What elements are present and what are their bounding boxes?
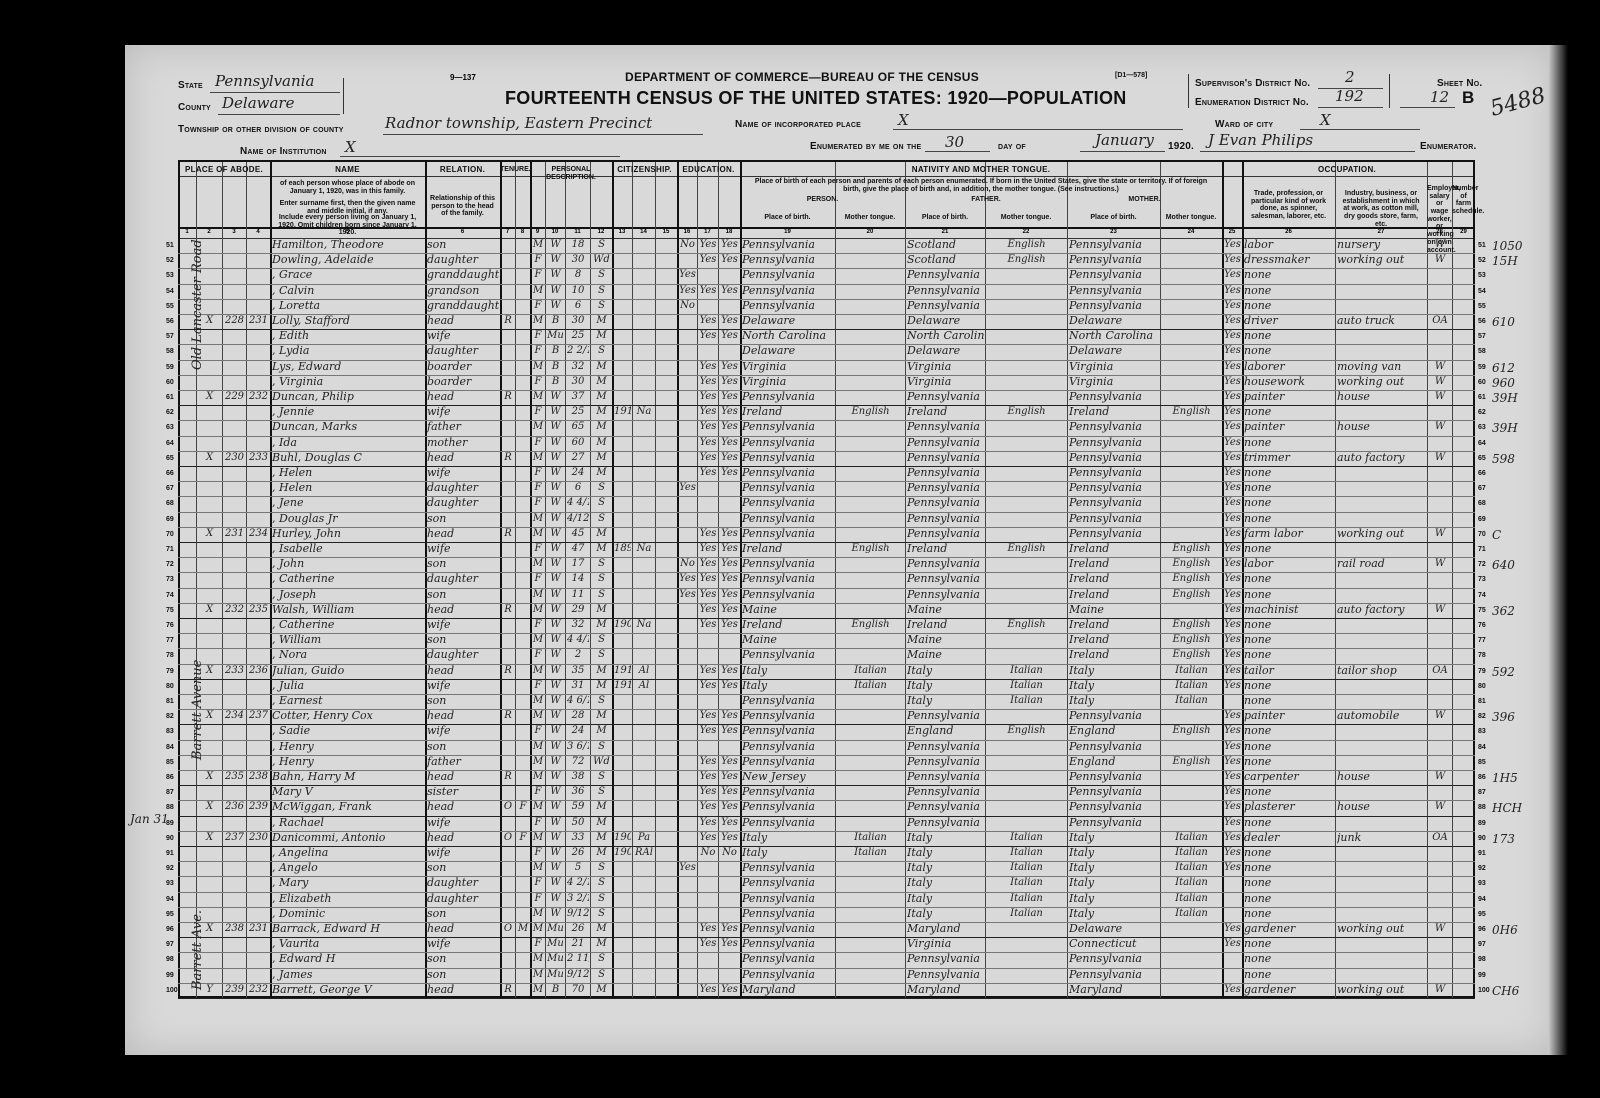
cell-race: W [547, 799, 564, 815]
margin-code: 39H [1492, 420, 1518, 436]
cell-race: W [547, 906, 564, 922]
state-label: State [178, 80, 203, 91]
cell-trade: driver [1244, 313, 1334, 329]
cell-f-pob: Scotland [907, 237, 984, 253]
cell-rel: wife [427, 465, 499, 481]
cell-school: No [679, 556, 696, 572]
cell-f-pob: Maryland [907, 921, 984, 937]
line-number: 63 [1478, 424, 1486, 431]
cell-m-pob: Pennsylvania [1069, 283, 1159, 299]
cell-f-pob: Maine [907, 647, 984, 663]
cell-trade: none [1244, 784, 1334, 800]
column-divider [835, 162, 836, 998]
form-number: 9—137 [450, 73, 476, 82]
cell-pob: Pennsylvania [742, 693, 834, 709]
line-number-left: 79 [166, 668, 174, 675]
cell-nat: Pa [634, 830, 654, 846]
header-farm-schedule: Number of farm schedule. [1452, 185, 1475, 216]
cell-sex: F [532, 465, 544, 481]
line-number: 80 [1478, 683, 1486, 690]
cell-house: 233 [224, 663, 245, 679]
cell-sex: M [532, 313, 544, 329]
cell-write: Yes [720, 404, 739, 420]
cell-race: W [547, 723, 564, 739]
cell-sex: M [532, 237, 544, 253]
line-number: 91 [1478, 850, 1486, 857]
cell-rel: father [427, 419, 499, 435]
cell-f-pob: Virginia [907, 374, 984, 390]
cell-trade: none [1244, 495, 1334, 511]
cell-rel: daughter [427, 647, 499, 663]
cell-rel: head [427, 982, 499, 998]
cell-ms: S [592, 951, 611, 967]
cell-ms: M [592, 450, 611, 466]
cell-age: 24 [567, 723, 589, 739]
cell-eng: Yes [1224, 769, 1241, 785]
cell-eng: Yes [1224, 298, 1241, 314]
cell-sex: F [532, 875, 544, 891]
cell-age: 9/12 [567, 967, 589, 983]
cell-read: Yes [699, 663, 717, 679]
line-number-left: 72 [166, 561, 174, 568]
cell-age: 4/12 [567, 511, 589, 527]
cell-read: Yes [699, 313, 717, 329]
cell-name: Buhl, Douglas C [272, 450, 424, 466]
cell-race: W [547, 602, 564, 618]
cell-read: Yes [699, 526, 717, 542]
margin-code: 0H6 [1492, 922, 1518, 938]
cell-mt: English [837, 404, 904, 420]
cell-eng: Yes [1224, 465, 1241, 481]
cell-age: 21 [567, 936, 589, 952]
cell-name: , James [272, 967, 424, 983]
cell-emp: W [1429, 359, 1451, 375]
cell-trade: none [1244, 298, 1334, 314]
cell-family: 239 [248, 799, 269, 815]
cell-f-mt: English [987, 617, 1066, 633]
cell-eng: Yes [1224, 663, 1241, 679]
cell-pob: Pennsylvania [742, 587, 834, 603]
cell-read: Yes [699, 465, 717, 481]
cell-ms: M [592, 799, 611, 815]
margin-code: 960 [1492, 375, 1515, 391]
cell-trade: none [1244, 860, 1334, 876]
cell-sex: F [532, 495, 544, 511]
cell-trade: none [1244, 283, 1334, 299]
cell-f-pob: Italy [907, 906, 984, 922]
cell-read: Yes [699, 283, 717, 299]
cell-m-pob: Delaware [1069, 313, 1159, 329]
cell-eng: Yes [1224, 495, 1241, 511]
cell-name: Hurley, John [272, 526, 424, 542]
cell-f-pob: Pennsylvania [907, 267, 984, 283]
cell-house: 230 [224, 450, 245, 466]
cell-pob: Pennsylvania [742, 465, 834, 481]
cell-m-pob: Pennsylvania [1069, 419, 1159, 435]
cell-mt: English [837, 617, 904, 633]
cell-street: X [198, 389, 221, 405]
cell-read: Yes [699, 617, 717, 633]
cell-name: Julian, Guido [272, 663, 424, 679]
cell-race: W [547, 663, 564, 679]
cell-trade: labor [1244, 556, 1334, 572]
cell-f-pob: Pennsylvania [907, 465, 984, 481]
margin-code: 610 [1492, 314, 1515, 330]
column-number: 28 [1427, 229, 1452, 235]
column-divider [1427, 162, 1428, 998]
cell-name: , Angelo [272, 860, 424, 876]
cell-f-pob: Ireland [907, 541, 984, 557]
cell-ms: S [592, 267, 611, 283]
cell-race: W [547, 784, 564, 800]
cell-emp: W [1429, 921, 1451, 937]
margin-note: Jan 31 [130, 812, 169, 826]
cell-industry: working out [1337, 374, 1426, 390]
cell-emp: OA [1429, 663, 1451, 679]
cell-industry: moving van [1337, 359, 1426, 375]
cell-eng: Yes [1224, 359, 1241, 375]
cell-rel: son [427, 632, 499, 648]
line-number: 64 [1478, 440, 1486, 447]
cell-name: , Edith [272, 328, 424, 344]
cell-pob: Pennsylvania [742, 921, 834, 937]
cell-industry: auto factory [1337, 450, 1426, 466]
cell-read: Yes [699, 754, 717, 770]
cell-sex: F [532, 571, 544, 587]
cell-eng: Yes [1224, 860, 1241, 876]
cell-eng: Yes [1224, 678, 1241, 694]
cell-age: 33 [567, 830, 589, 846]
cell-rel: head [427, 830, 499, 846]
cell-sex: F [532, 480, 544, 496]
cell-write: Yes [720, 556, 739, 572]
line-number: 51 [1478, 242, 1486, 249]
column-number: 20 [835, 229, 905, 235]
cell-emp: W [1429, 799, 1451, 815]
cell-age: 3 6/12 [567, 739, 589, 755]
cell-race: W [547, 860, 564, 876]
cell-pob: Italy [742, 830, 834, 846]
enumerator-name: J Evan Philips [1208, 131, 1313, 149]
cell-sex: M [532, 450, 544, 466]
paper-edge [1548, 45, 1568, 1055]
cell-write: No [720, 845, 739, 861]
cell-sex: M [532, 921, 544, 937]
cell-race: W [547, 283, 564, 299]
line-number-left: 92 [166, 865, 174, 872]
cell-industry: nursery [1337, 237, 1426, 253]
cell-read: Yes [699, 419, 717, 435]
year-label: 1920. [1168, 141, 1194, 152]
cell-ms: S [592, 784, 611, 800]
cell-rel: head [427, 663, 499, 679]
column-number: 6 [425, 229, 500, 235]
cell-family: 234 [248, 526, 269, 542]
header-place-of-birth: Place of birth. [905, 214, 985, 222]
cell-pob: Ireland [742, 541, 834, 557]
cell-m-mt: English [1162, 541, 1221, 557]
line-number-left: 68 [166, 500, 174, 507]
line-number: 98 [1478, 956, 1486, 963]
cell-m-pob: Pennsylvania [1069, 708, 1159, 724]
line-number: 85 [1478, 759, 1486, 766]
cell-read: Yes [699, 936, 717, 952]
cell-sex: M [532, 663, 544, 679]
cell-race: W [547, 693, 564, 709]
cell-rel: granddaughter [427, 267, 499, 283]
cell-pob: Pennsylvania [742, 267, 834, 283]
cell-emp: OA [1429, 313, 1451, 329]
line-number: 62 [1478, 409, 1486, 416]
cell-trade: tailor [1244, 663, 1334, 679]
line-number-left: 67 [166, 485, 174, 492]
cell-f-pob: Pennsylvania [907, 450, 984, 466]
cell-age: 65 [567, 419, 589, 435]
column-number: 13 [612, 229, 632, 235]
cell-rel: head [427, 799, 499, 815]
cell-imm: 1908 [614, 617, 631, 633]
cell-rel: grandson [427, 283, 499, 299]
line-number-left: 84 [166, 744, 174, 751]
cell-ms: S [592, 632, 611, 648]
cell-read: Yes [699, 541, 717, 557]
cell-write: Yes [720, 815, 739, 831]
cell-sex: F [532, 252, 544, 268]
cell-family: 232 [248, 389, 269, 405]
cell-age: 2 [567, 647, 589, 663]
cell-m-pob: Ireland [1069, 556, 1159, 572]
cell-race: W [547, 419, 564, 435]
column-number: 7 [500, 229, 515, 235]
line-number-left: 75 [166, 607, 174, 614]
line-number-left: 69 [166, 516, 174, 523]
cell-age: 4 2/12 [567, 875, 589, 891]
cell-m-mt: English [1162, 587, 1221, 603]
cell-industry: auto factory [1337, 602, 1426, 618]
cell-f-pob: Italy [907, 891, 984, 907]
cell-rel: father [427, 754, 499, 770]
cell-race: W [547, 830, 564, 846]
line-number: 96 [1478, 926, 1486, 933]
column-number: 29 [1452, 229, 1475, 235]
column-number: 17 [697, 229, 718, 235]
cell-rel: wife [427, 723, 499, 739]
cell-ms: M [592, 982, 611, 998]
cell-industry: working out [1337, 921, 1426, 937]
cell-write: Yes [720, 602, 739, 618]
cell-nat: Na [634, 404, 654, 420]
line-number: 100 [1478, 987, 1490, 994]
cell-pob: Ireland [742, 617, 834, 633]
line-number-left: 71 [166, 546, 174, 553]
cell-write: Yes [720, 450, 739, 466]
cell-eng: Yes [1224, 252, 1241, 268]
cell-age: 30 [567, 252, 589, 268]
street-label-3: Barrett Ave. [190, 910, 205, 990]
cell-race: B [547, 374, 564, 390]
cell-f-pob: Scotland [907, 252, 984, 268]
line-number: 94 [1478, 896, 1486, 903]
cell-age: 37 [567, 389, 589, 405]
column-divider [655, 162, 656, 998]
cell-ms: M [592, 602, 611, 618]
ed-value: 192 [1335, 87, 1364, 105]
cell-house: 236 [224, 799, 245, 815]
column-divider [612, 162, 614, 998]
cell-pob: Pennsylvania [742, 784, 834, 800]
header-personal: PERSONAL DESCRIPTION. [530, 166, 612, 181]
cell-eng: Yes [1224, 617, 1241, 633]
cell-race: W [547, 435, 564, 451]
cell-sex: M [532, 967, 544, 983]
cell-tenure: R [502, 663, 514, 679]
cell-ms: S [592, 739, 611, 755]
cell-industry: tailor shop [1337, 663, 1426, 679]
cell-eng: Yes [1224, 267, 1241, 283]
margin-code: 362 [1492, 603, 1515, 619]
cell-write: Yes [720, 435, 739, 451]
line-number-left: 62 [166, 409, 174, 416]
cell-name: , Lydia [272, 343, 424, 359]
cell-read: No [699, 845, 717, 861]
cell-tenure: R [502, 769, 514, 785]
cell-emp: W [1429, 769, 1451, 785]
cell-trade: labor [1244, 237, 1334, 253]
cell-sex: M [532, 632, 544, 648]
cell-rel: daughter [427, 891, 499, 907]
cell-age: 4 4/12 [567, 632, 589, 648]
cell-rel: head [427, 708, 499, 724]
cell-m-pob: Pennsylvania [1069, 237, 1159, 253]
cell-m-pob: Italy [1069, 875, 1159, 891]
header-relation-sub: Relationship of this person to the head … [429, 195, 496, 218]
incorporated-value: X [898, 111, 909, 129]
column-number: 22 [985, 229, 1067, 235]
column-divider [500, 162, 502, 998]
cell-name: Duncan, Marks [272, 419, 424, 435]
cell-sex: M [532, 982, 544, 998]
cell-name: , Joseph [272, 587, 424, 603]
cell-family: 231 [248, 921, 269, 937]
cell-age: 60 [567, 435, 589, 451]
cell-age: 25 [567, 404, 589, 420]
cell-eng: Yes [1224, 389, 1241, 405]
line-number-left: 56 [166, 318, 174, 325]
cell-trade: none [1244, 632, 1334, 648]
cell-f-pob: Ireland [907, 404, 984, 420]
cell-age: 31 [567, 678, 589, 694]
cell-name: , Calvin [272, 283, 424, 299]
cell-write: Yes [720, 663, 739, 679]
cell-tenure: R [502, 450, 514, 466]
cell-read: Yes [699, 404, 717, 420]
cell-ms: M [592, 359, 611, 375]
cell-m-mt: Italian [1162, 678, 1221, 694]
cell-m-pob: Ireland [1069, 632, 1159, 648]
cell-eng: Yes [1224, 754, 1241, 770]
cell-industry: auto truck [1337, 313, 1426, 329]
cell-rel: son [427, 906, 499, 922]
cell-trade: laborer [1244, 359, 1334, 375]
cell-house: 239 [224, 982, 245, 998]
cell-industry: working out [1337, 982, 1426, 998]
supervisor-label: Supervisor's District No. [1195, 78, 1310, 89]
cell-ms: S [592, 906, 611, 922]
line-number: 78 [1478, 652, 1486, 659]
cell-eng: Yes [1224, 936, 1241, 952]
cell-write: Yes [720, 283, 739, 299]
cell-m-pob: Pennsylvania [1069, 450, 1159, 466]
cell-race: W [547, 556, 564, 572]
header-education: EDUCATION. [677, 166, 740, 175]
cell-eng: Yes [1224, 526, 1241, 542]
cell-ms: M [592, 723, 611, 739]
cell-pob: Pennsylvania [742, 237, 834, 253]
cell-race: Mu [547, 921, 564, 937]
cell-name: Cotter, Henry Cox [272, 708, 424, 724]
cell-eng: Yes [1224, 815, 1241, 831]
cell-age: 32 [567, 359, 589, 375]
cell-f-mt: Italian [987, 663, 1066, 679]
ed-label: Enumeration District No. [1195, 97, 1309, 108]
cell-sex: M [532, 511, 544, 527]
cell-age: 25 [567, 328, 589, 344]
cell-f-pob: Italy [907, 830, 984, 846]
cell-eng: Yes [1224, 343, 1241, 359]
state-value: Pennsylvania [215, 72, 314, 90]
cell-rel: head [427, 313, 499, 329]
cell-age: 35 [567, 663, 589, 679]
cell-ms: S [592, 891, 611, 907]
cell-m-pob: Pennsylvania [1069, 389, 1159, 405]
header-nativity-sub: Place of birth of each person and parent… [750, 178, 1212, 193]
cell-trade: none [1244, 571, 1334, 587]
cell-m-pob: Italy [1069, 678, 1159, 694]
cell-write: Yes [720, 784, 739, 800]
street-label-2: Barrett Avenue [190, 660, 205, 760]
cell-race: Mu [547, 936, 564, 952]
incorporated-label: Name of incorporated place [735, 119, 861, 130]
line-number-left: 76 [166, 622, 174, 629]
cell-ms: S [592, 571, 611, 587]
column-number: 5 [270, 229, 425, 235]
cell-m-pob: Ireland [1069, 617, 1159, 633]
cell-f-pob: Maryland [907, 982, 984, 998]
cell-industry: automobile [1337, 708, 1426, 724]
cell-race: W [547, 632, 564, 648]
column-number: 15 [655, 229, 677, 235]
column-divider [632, 162, 633, 998]
cell-name: , Julia [272, 678, 424, 694]
cell-pob: Italy [742, 678, 834, 694]
cell-m-mt: English [1162, 556, 1221, 572]
cell-trade: none [1244, 404, 1334, 420]
cell-f-pob: Pennsylvania [907, 815, 984, 831]
cell-write: Yes [720, 571, 739, 587]
line-number-left: 99 [166, 972, 174, 979]
cell-name: , Earnest [272, 693, 424, 709]
cell-sex: M [532, 587, 544, 603]
line-number: 66 [1478, 470, 1486, 477]
line-number: 82 [1478, 713, 1486, 720]
cell-m-pob: Pennsylvania [1069, 526, 1159, 542]
cell-sex: F [532, 845, 544, 861]
cell-pob: New Jersey [742, 769, 834, 785]
cell-ms: Wd [592, 252, 611, 268]
cell-pob: Maine [742, 602, 834, 618]
cell-trade: painter [1244, 708, 1334, 724]
cell-name: , Grace [272, 267, 424, 283]
